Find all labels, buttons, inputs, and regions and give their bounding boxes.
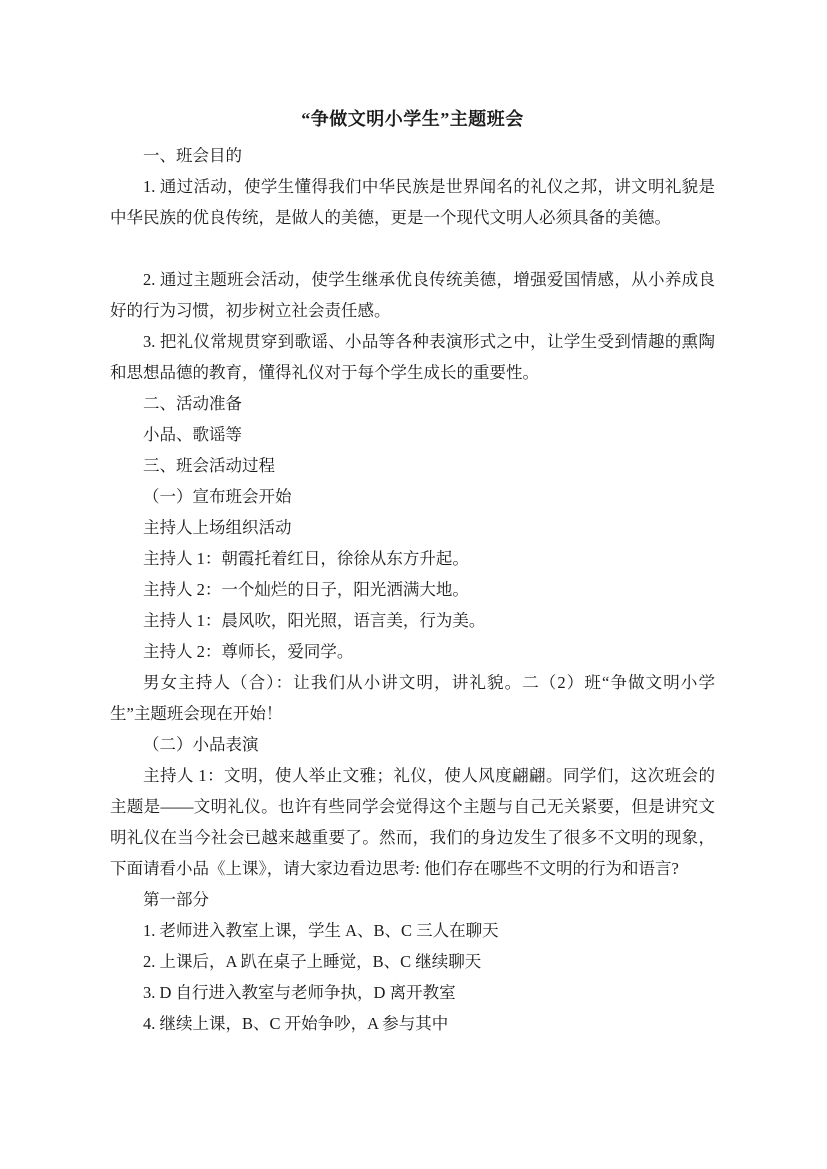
- document-title: “争做文明小学生”主题班会: [110, 103, 715, 135]
- paragraph-goal-3: 3. 把礼仪常规贯穿到歌谣、小品等各种表演形式之中，让学生受到情趣的熏陶和思想品…: [110, 326, 715, 388]
- paragraph-host1-line1: 主持人 1：朝霞托着红日，徐徐从东方升起。: [110, 543, 715, 574]
- paragraph-skit-step-3: 3. D 自行进入教室与老师争执，D 离开教室: [110, 977, 715, 1008]
- paragraph-skit-step-1: 1. 老师进入教室上课，学生 A、B、C 三人在聊天: [110, 915, 715, 946]
- paragraph-skit-step-2: 2. 上课后，A 趴在桌子上睡觉，B、C 继续聊天: [110, 946, 715, 977]
- paragraph-goal-1: 1. 通过活动，使学生懂得我们中华民族是世界闻名的礼仪之邦，讲文明礼貌是中华民族…: [110, 171, 715, 233]
- paragraph-heading-3: 三、班会活动过程: [110, 450, 715, 481]
- paragraph-heading-2: 二、活动准备: [110, 388, 715, 419]
- paragraph-host2-line2: 主持人 2：尊师长，爱同学。: [110, 636, 715, 667]
- paragraph-heading-1: 一、班会目的: [110, 140, 715, 171]
- paragraph-part-1-title: 第一部分: [110, 884, 715, 915]
- paragraph-blank: [110, 233, 715, 264]
- paragraph-preparation: 小品、歌谣等: [110, 419, 715, 450]
- paragraph-host-intro: 主持人上场组织活动: [110, 512, 715, 543]
- paragraph-host2-line1: 主持人 2：一个灿烂的日子，阳光洒满大地。: [110, 574, 715, 605]
- paragraph-host1-skit-intro: 主持人 1：文明，使人举止文雅；礼仪，使人风度翩翩。同学们，这次班会的主题是——…: [110, 760, 715, 884]
- paragraph-section-1-title: （一）宣布班会开始: [110, 481, 715, 512]
- document-page: “争做文明小学生”主题班会 一、班会目的 1. 通过活动，使学生懂得我们中华民族…: [0, 0, 827, 1169]
- paragraph-hosts-together: 男女主持人（合）：让我们从小讲文明，讲礼貌。二（2）班“争做文明小学生”主题班会…: [110, 667, 715, 729]
- paragraph-section-2-title: （二）小品表演: [110, 729, 715, 760]
- paragraph-skit-step-4: 4. 继续上课，B、C 开始争吵，A 参与其中: [110, 1008, 715, 1039]
- paragraph-goal-2: 2. 通过主题班会活动，使学生继承优良传统美德，增强爱国情感，从小养成良好的行为…: [110, 264, 715, 326]
- paragraph-host1-line2: 主持人 1：晨风吹，阳光照，语言美，行为美。: [110, 605, 715, 636]
